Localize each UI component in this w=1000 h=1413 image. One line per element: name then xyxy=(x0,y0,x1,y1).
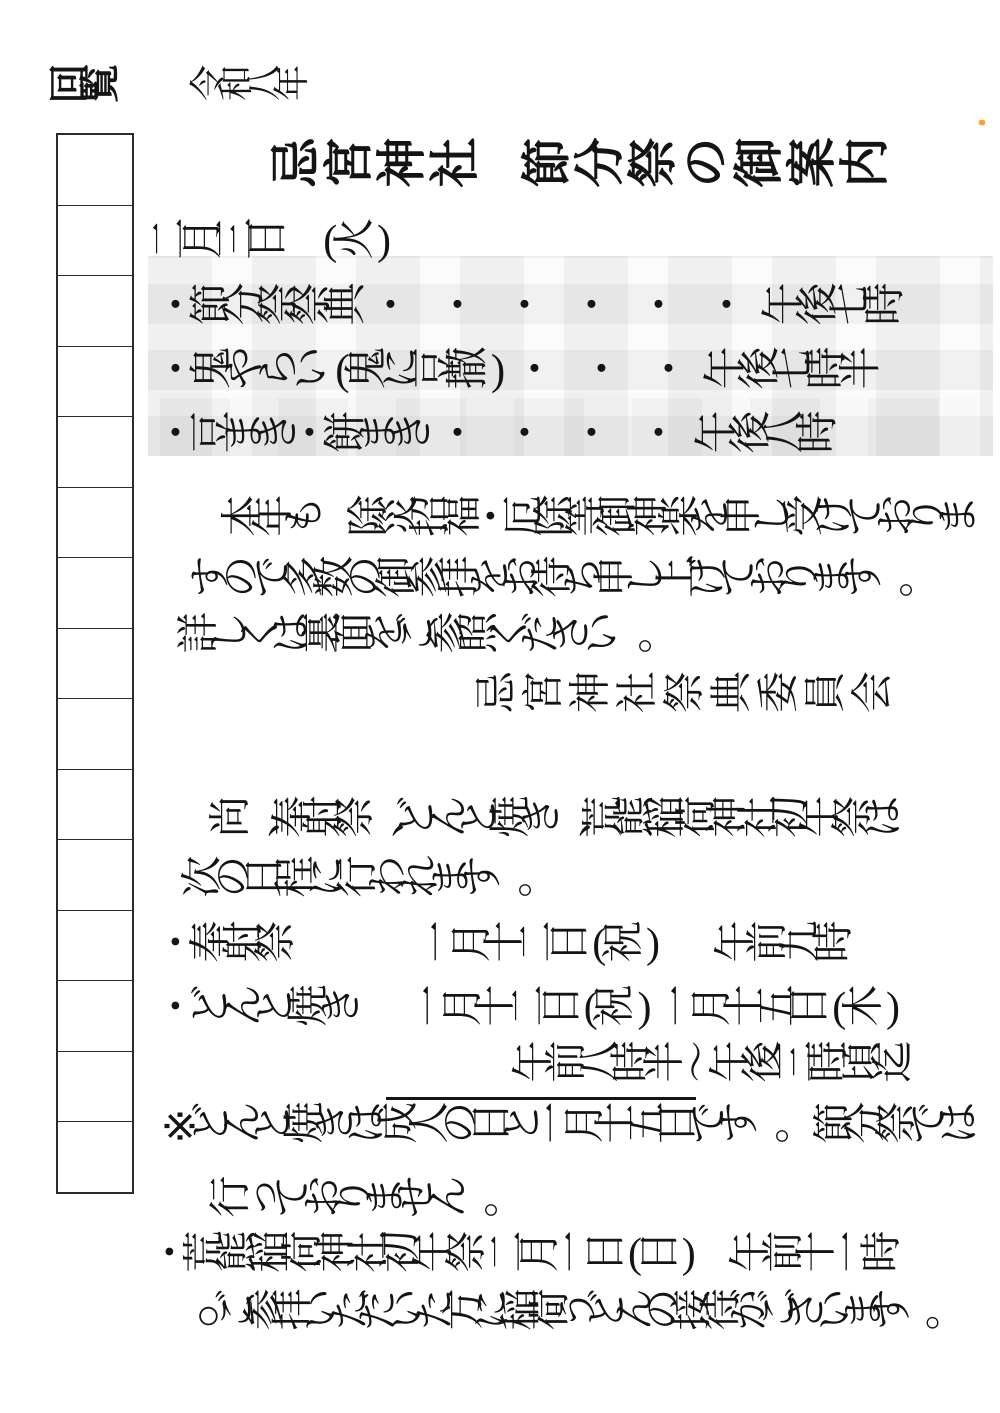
schedule-time: 午後八時 xyxy=(703,411,837,458)
stamp-cell xyxy=(58,699,132,770)
schedule-label: ・節分祭祭典 xyxy=(164,283,365,330)
schedule-label: ・鬼やらい(鬼に豆撒) xyxy=(164,347,509,394)
dondo-note-line-2: 行っておりません。 xyxy=(218,1177,498,1223)
note-text-underlined: 成人の日と一月十五日 xyxy=(386,1097,697,1149)
stamp-cell xyxy=(58,276,132,347)
stamp-cell xyxy=(58,488,132,559)
note-text: ○ご参拝いただいた方に稲荷うどんの接待がございます。 xyxy=(196,1291,938,1337)
schedule-row-oniyarai: ・鬼やらい(鬼に豆撒)・・・午後七時半 xyxy=(164,347,880,394)
festival-date: 一月十二日(祝) xyxy=(425,921,664,967)
committee-signature: 忌宮神社祭典委員会 xyxy=(476,667,899,713)
notice-title-text: 忌宮神社節分祭の御案内 xyxy=(272,133,894,188)
other-festivals-intro-2: 次の日程に行われます。 xyxy=(190,857,532,903)
stamp-cell xyxy=(58,206,132,277)
stamp-cell xyxy=(58,558,132,629)
festival-name: ・どんと焼き xyxy=(164,985,361,1031)
stamp-cell xyxy=(58,347,132,418)
festival-date-1: 一月十二日(祝) xyxy=(417,985,656,1031)
festival-name: ・奉射祭 xyxy=(164,921,295,967)
dondo-festival-row: ・どんと焼き一月十二日(祝)一月十五日(木) xyxy=(164,985,904,1031)
kairan-label: 回覧 xyxy=(56,64,118,108)
leader-dots: ・・・・・・ xyxy=(379,283,748,330)
festival-date-line: 二月三日(火) xyxy=(156,218,395,264)
festival-date-2: 一月十五日(木) xyxy=(665,985,904,1031)
stamp-cell xyxy=(58,417,132,488)
stamp-cell xyxy=(58,1052,132,1123)
schedule-time: 午後七時半 xyxy=(712,347,880,394)
body-paragraph-line-2: すので多数の御参拝をお待ち申し上げております。 xyxy=(198,557,913,603)
body-text: 本年も除災招福・厄除等御神楽を申し受けておりま xyxy=(230,496,978,542)
other-festivals-intro-1: 尚、奉射祭、どんと焼き、荒熊稲荷神社初午祭は xyxy=(218,797,902,843)
leader-dots: ・・・・ xyxy=(446,411,681,458)
stamp-cell xyxy=(58,1122,132,1192)
scanned-notice-page: 回覧 令和八年 忌宮神社節分祭の御案内 二月三日(火) ・節分祭祭典・・・・・・… xyxy=(0,0,1000,1413)
notice-title: 忌宮神社節分祭の御案内 xyxy=(272,133,894,188)
schedule-label: ・豆まき・餅まき xyxy=(164,411,432,458)
leader-dots: ・・・ xyxy=(523,347,691,394)
body-text: 詳しくは裏面をご参照ください。 xyxy=(186,613,652,659)
festival-time-range: 午前八時半〜午後三時頃迄 xyxy=(520,1041,913,1087)
festival-name: ・荒熊稲荷神社初午祭 xyxy=(158,1231,486,1277)
body-text: すので多数の御参拝をお待ち申し上げております。 xyxy=(198,557,913,603)
note-text-post: です。節分祭では xyxy=(696,1103,977,1149)
body-text: 次の日程に行われます。 xyxy=(190,857,532,903)
festival-date: 二月一日(日) xyxy=(494,1231,700,1277)
kairan-text: 回覧 xyxy=(56,64,118,108)
schedule-time: 午後七時 xyxy=(770,283,904,330)
era-year-label: 令和八年 xyxy=(196,66,308,106)
body-text: 尚、奉射祭、どんと焼き、荒熊稲荷神社初午祭は xyxy=(218,797,902,843)
body-paragraph-line-1: 本年も除災招福・厄除等御神楽を申し受けておりま xyxy=(230,496,978,542)
arakuma-festival-row: ・荒熊稲荷神社初午祭二月一日(日)午前十一時 xyxy=(158,1231,901,1277)
orange-speck-artifact xyxy=(979,120,985,125)
stamp-cell xyxy=(58,911,132,982)
note-text: 行っておりません。 xyxy=(218,1177,498,1223)
housha-festival-row: ・奉射祭一月十二日(祝)午前九時 xyxy=(164,921,853,967)
stamp-cell xyxy=(58,770,132,841)
stamp-cell xyxy=(58,840,132,911)
circulation-stamp-grid xyxy=(56,133,134,1194)
festival-time: 午前九時 xyxy=(722,921,853,967)
committee-signature-text: 忌宮神社祭典委員会 xyxy=(476,667,899,713)
stamp-cell xyxy=(58,135,132,206)
schedule-row-setsubun: ・節分祭祭典・・・・・・午後七時 xyxy=(164,283,904,330)
dondo-festival-time-line: 午前八時半〜午後三時頃迄 xyxy=(520,1041,913,1087)
stamp-cell xyxy=(58,981,132,1052)
dondo-note-line-1: ※どんと焼きは成人の日と一月十五日です。節分祭では xyxy=(168,1097,978,1149)
body-paragraph-line-3: 詳しくは裏面をご参照ください。 xyxy=(186,613,652,659)
festival-date-text: 二月三日(火) xyxy=(156,218,395,264)
schedule-row-mamemaki: ・豆まき・餅まき・・・・午後八時 xyxy=(164,411,837,458)
stamp-cell xyxy=(58,629,132,700)
arakuma-note-line: ○ご参拝いただいた方に稲荷うどんの接待がございます。 xyxy=(196,1291,938,1337)
festival-time: 午前十一時 xyxy=(737,1231,901,1277)
note-text-pre: ※どんと焼きは xyxy=(168,1103,386,1149)
era-year-text: 令和八年 xyxy=(196,66,308,106)
